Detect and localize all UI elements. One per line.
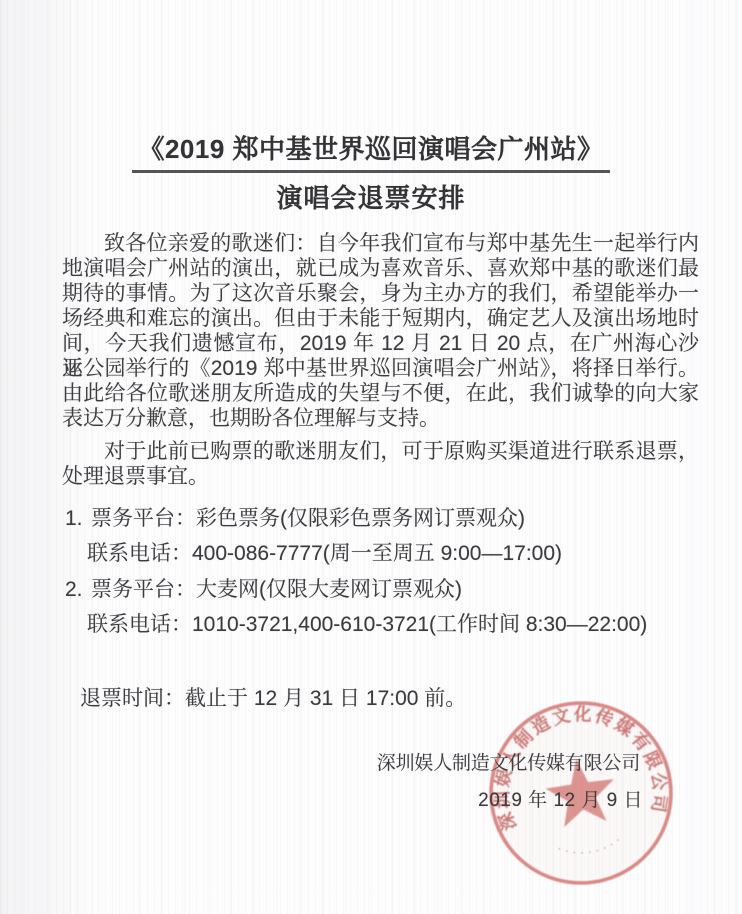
platform-2-text: 票务平台：大麦网(仅限大麦网订票观众) <box>91 578 462 601</box>
signature-company: 深圳娱人制造文化传媒有限公司 <box>377 753 640 774</box>
text-line: 运公园举行的《2019 郑中基世界巡回演唱会广州站》，将择日举行。 <box>62 356 699 381</box>
text-line: 处理退票事宜。 <box>62 464 699 489</box>
refund-item-2-platform: 2.票务平台：大麦网(仅限大麦网订票观众) <box>65 577 462 602</box>
refund-item-1-platform: 1.票务平台：彩色票务(仅限彩色票务网订票观众) <box>65 506 525 531</box>
text-line: 致各位亲爱的歌迷们：自今年我们宣布与郑中基先生一起举行内 <box>62 231 699 256</box>
notice-title: 《2019 郑中基世界巡回演唱会广州站》 <box>0 129 742 173</box>
document-page: 《2019 郑中基世界巡回演唱会广州站》 演唱会退票安排 致各位亲爱的歌迷们：自… <box>0 0 742 914</box>
refund-item-1-phone: 联系电话：400-086-7777(周一至周五 9:00—17:00) <box>87 541 562 566</box>
list-number-1: 1. <box>65 506 91 531</box>
text-line: 间，今天我们遗憾宣布，2019 年 12 月 21 日 20 点，在广州海心沙亚 <box>62 331 699 356</box>
text-line: 对于此前已购票的歌迷朋友们，可于原购买渠道进行联系退票， <box>62 439 699 464</box>
paragraph-refund-intro: 对于此前已购票的歌迷朋友们，可于原购买渠道进行联系退票，处理退票事宜。 <box>62 439 699 489</box>
text-line: 场经典和难忘的演出。但由于未能于短期内，确定艺人及演出场地时 <box>62 306 699 331</box>
notice-title-text: 《2019 郑中基世界巡回演唱会广州站》 <box>132 129 609 173</box>
platform-1-text: 票务平台：彩色票务(仅限彩色票务网订票观众) <box>91 507 525 530</box>
text-line: 地演唱会广州站的演出，就已成为喜欢音乐、喜欢郑中基的歌迷们最 <box>62 256 699 281</box>
notice-subtitle: 演唱会退票安排 <box>0 178 742 215</box>
list-number-2: 2. <box>65 577 91 602</box>
signature-date: 2019 年 12 月 9 日 <box>478 790 643 811</box>
text-line: 表达万分歉意，也期盼各位理解与支持。 <box>62 406 699 431</box>
text-line: 期待的事情。为了这次音乐聚会，身为主办方的我们，希望能举办一 <box>62 281 699 306</box>
text-line: 由此给各位歌迷朋友所造成的失望与不便，在此，我们诚挚的向大家 <box>62 381 699 406</box>
paragraph-announcement: 致各位亲爱的歌迷们：自今年我们宣布与郑中基先生一起举行内地演唱会广州站的演出，就… <box>62 231 699 431</box>
refund-deadline: 退票时间：截止于 12 月 31 日 17:00 前。 <box>80 686 466 711</box>
refund-item-2-phone: 联系电话：1010-3721,400-610-3721(工作时间 8:30—22… <box>87 612 647 637</box>
